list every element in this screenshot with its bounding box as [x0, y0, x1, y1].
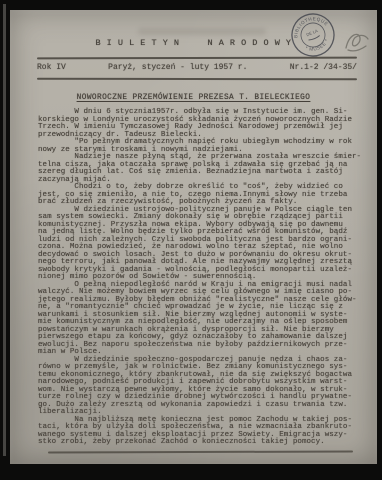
masthead-row: Rok IV Paryż, styczeń - luty 1957 r. Nr.… — [37, 63, 357, 72]
date-label: Paryż, styczeń - luty 1957 r. — [108, 63, 247, 72]
volume-label: Rok IV — [37, 63, 66, 72]
article-body: W dniu 6 stycznia1957r. odbyła się w Ins… — [38, 109, 359, 447]
scanned-page: B I U L E T Y N N A R O D O W Y BIBLIOTH… — [0, 0, 382, 480]
scanner-edge — [3, 4, 6, 456]
masthead-rule-bottom — [37, 78, 357, 81]
issue-label: Nr.1-2 /34-35/ — [290, 63, 357, 72]
article-title: NOWOROCZNE PRZEMÓWIENIE PREZESA T. BIELE… — [10, 94, 377, 102]
svg-text:* MUSEE *: * MUSEE * — [303, 37, 331, 56]
text-line: stko zrobi, żeby przekonać Zachód o koni… — [38, 439, 359, 447]
stamp-arc-bottom-text: * MUSEE * — [303, 37, 331, 56]
ink-smudge — [138, 28, 266, 35]
handwritten-mark — [340, 26, 374, 60]
footer-rule — [48, 450, 353, 453]
paper: B I U L E T Y N N A R O D O W Y BIBLIOTH… — [10, 10, 377, 464]
stamp-center-text: DE LA — [306, 28, 319, 37]
